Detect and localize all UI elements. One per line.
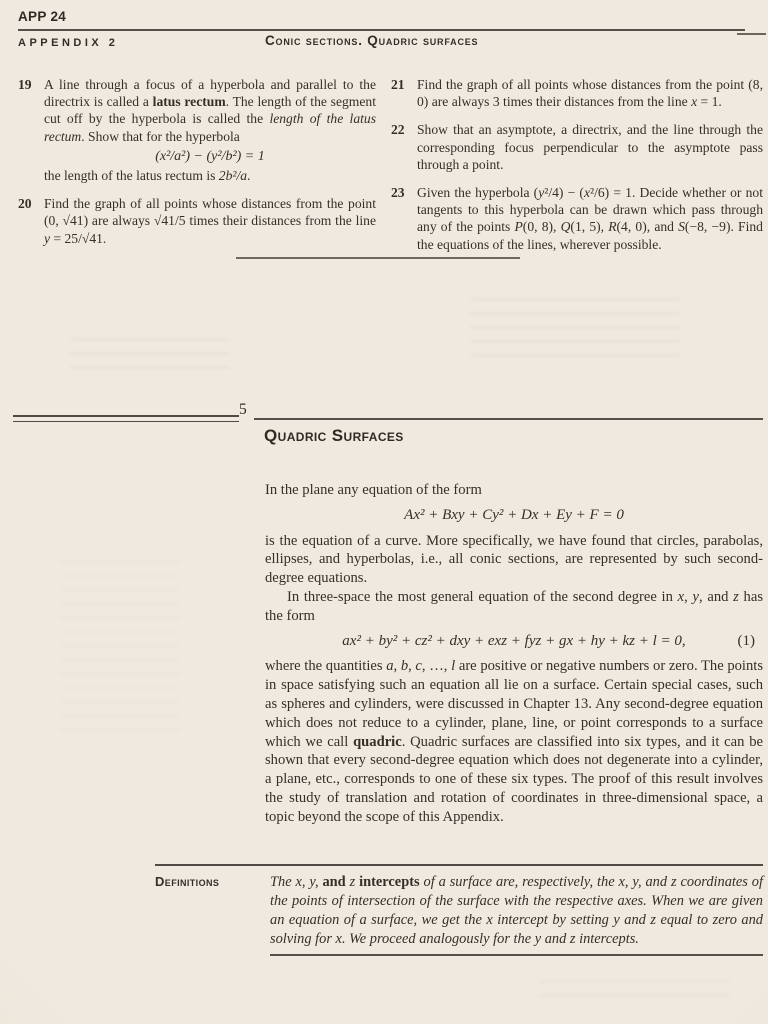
chapter-number: 5 (239, 401, 247, 419)
equation-plane-conic: Ax² + Bxy + Cy² + Dx + Ey + F = 0 (265, 506, 763, 525)
bleed-through-artifact (540, 980, 730, 1002)
exercise-19-body: A line through a focus of a hyperbola an… (44, 76, 376, 184)
exercise-21-body: Find the graph of all points whose dista… (417, 76, 763, 110)
body-paragraph-1: is the equation of a curve. More specifi… (265, 532, 763, 588)
chapter-rule-right (254, 418, 763, 420)
exercise-22-body: Show that an asymptote, a directrix, and… (417, 121, 763, 173)
appendix-label: APPENDIX 2 (18, 37, 118, 49)
header-rule-tick (737, 33, 766, 35)
chapter-rule-left (13, 415, 239, 422)
body-text-column: In the plane any equation of the form Ax… (265, 481, 763, 827)
definitions-row: Definitions The x, y, and z intercepts o… (155, 873, 763, 956)
definitions-text: The x, y, and z intercepts of a surface … (270, 873, 763, 949)
running-title: Conic sections. Quadric surfaces (265, 33, 478, 48)
definitions-rule-top (155, 864, 763, 866)
exercise-23-body: Given the hyperbola (y²/4) − (x²/6) = 1.… (417, 184, 763, 253)
header-rule (18, 29, 745, 31)
bleed-through-artifact (70, 338, 230, 372)
body-paragraph-lead: In the plane any equation of the form (265, 481, 763, 500)
exercise-22-text: Show that an asymptote, a directrix, and… (417, 121, 763, 173)
exercise-23: 23 Given the hyperbola (y²/4) − (x²/6) =… (391, 184, 763, 253)
exercise-19: 19 A line through a focus of a hyperbola… (18, 76, 376, 184)
exercise-19-text: A line through a focus of a hyperbola an… (44, 76, 376, 145)
exercise-21-number: 21 (391, 76, 417, 110)
exercise-19-formula: (x²/a²) − (y²/b²) = 1 (44, 148, 376, 165)
body-paragraph-3: where the quantities a, b, c, …, l are p… (265, 657, 763, 826)
exercise-column-right: 21 Find the graph of all points whose di… (391, 76, 763, 264)
equation-quadric-general: ax² + by² + cz² + dxy + exz + fyz + gx +… (342, 633, 685, 649)
definitions-label: Definitions (155, 873, 270, 956)
exercise-22-number: 22 (391, 121, 417, 173)
definitions-rule-bottom (270, 954, 763, 956)
exercise-20-number: 20 (18, 195, 44, 247)
scanned-textbook-page: APP 24 APPENDIX 2 Conic sections. Quadri… (0, 0, 768, 1024)
exercises-end-divider-rule (236, 257, 520, 259)
exercise-21: 21 Find the graph of all points whose di… (391, 76, 763, 110)
exercise-19-number: 19 (18, 76, 44, 184)
exercise-19-tail: the length of the latus rectum is 2b²/a. (44, 167, 376, 184)
exercise-21-text: Find the graph of all points whose dista… (417, 76, 763, 110)
page-number-label: APP 24 (18, 9, 66, 24)
body-paragraph-2: In three-space the most general equation… (265, 588, 763, 626)
bleed-through-artifact (60, 560, 180, 740)
exercise-20-body: Find the graph of all points whose dista… (44, 195, 376, 247)
definitions-text-wrap: The x, y, and z intercepts of a surface … (270, 873, 763, 956)
exercise-23-text: Given the hyperbola (y²/4) − (x²/6) = 1.… (417, 184, 763, 253)
exercise-22: 22 Show that an asymptote, a directrix, … (391, 121, 763, 173)
definitions-block: Definitions The x, y, and z intercepts o… (155, 864, 763, 956)
exercise-20-text: Find the graph of all points whose dista… (44, 195, 376, 247)
equation-1-row: ax² + by² + cz² + dxy + exz + fyz + gx +… (265, 632, 763, 651)
exercise-23-number: 23 (391, 184, 417, 253)
equation-number-tag: (1) (738, 632, 756, 651)
exercise-column-left: 19 A line through a focus of a hyperbola… (18, 76, 376, 258)
exercise-20: 20 Find the graph of all points whose di… (18, 195, 376, 247)
chapter-title: Quadric Surfaces (264, 426, 404, 446)
bleed-through-artifact (470, 298, 680, 362)
